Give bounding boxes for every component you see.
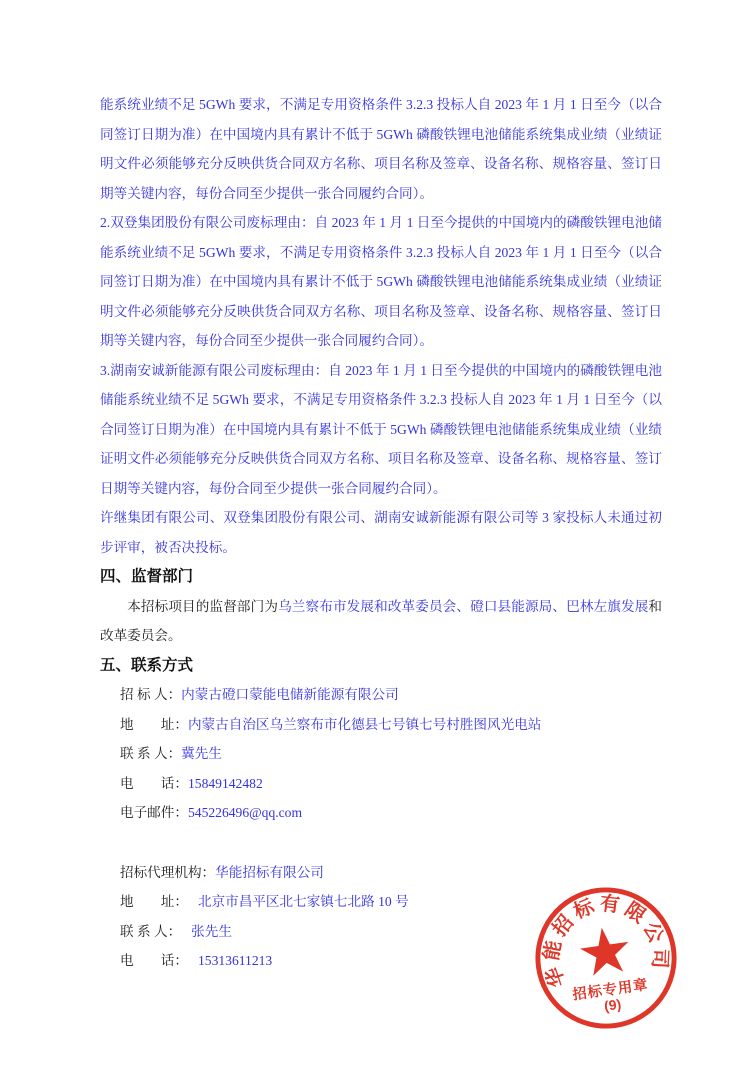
- tenderee-person-value: 冀先生: [181, 746, 222, 761]
- tenderee-email-label: 电子邮件：: [120, 805, 188, 820]
- rejection-reason-continuation: 能系统业绩不足 5GWh 要求，不满足专用资格条件 3.2.3 投标人自 202…: [100, 90, 662, 208]
- rejection-reason-3: 3.湖南安诚新能源有限公司废标理由：自 2023 年 1 月 1 日至今提供的中…: [100, 356, 662, 504]
- agency-person-label: 联 系 人：: [120, 924, 181, 939]
- rejection-reason-2: 2.双登集团股份有限公司废标理由：自 2023 年 1 月 1 日至今提供的中国…: [100, 208, 662, 356]
- tenderee-phone-row: 电 话：15849142482: [120, 769, 662, 799]
- rejection-summary: 许继集团有限公司、双登集团股份有限公司、湖南安诚新能源有限公司等 3 家投标人未…: [100, 503, 662, 562]
- agency-name-value: 华能招标有限公司: [215, 865, 324, 880]
- section-heading-contact: 五、联系方式: [100, 651, 662, 681]
- tenderee-name-value: 内蒙古磴口蒙能电储新能源有限公司: [181, 687, 399, 702]
- agency-person-value: 张先生: [181, 924, 232, 939]
- tenderee-person-label: 联 系 人：: [120, 746, 181, 761]
- tenderee-phone-value: 15849142482: [188, 776, 263, 791]
- seal-star-icon: [578, 924, 633, 977]
- tenderee-address-row: 地 址：内蒙古自治区乌兰察布市化德县七号镇七号村胜图风光电站: [120, 710, 662, 740]
- seal-number: (9): [603, 996, 622, 1014]
- agency-phone-label: 电 话：: [120, 953, 188, 968]
- tenderee-contact-block: 招 标 人：内蒙古磴口蒙能电储新能源有限公司 地 址：内蒙古自治区乌兰察布市化德…: [100, 680, 662, 828]
- document-body: 能系统业绩不足 5GWh 要求，不满足专用资格条件 3.2.3 投标人自 202…: [100, 90, 662, 976]
- section-heading-supervision: 四、监督部门: [100, 562, 662, 592]
- agency-phone-value: 15313611213: [188, 953, 272, 968]
- tenderee-address-label: 地 址：: [120, 717, 188, 732]
- tenderee-email-row: 电子邮件：545226496@qq.com: [120, 798, 662, 828]
- agency-name-row: 招标代理机构：华能招标有限公司: [120, 858, 662, 888]
- tenderee-name-row: 招 标 人：内蒙古磴口蒙能电储新能源有限公司: [120, 680, 662, 710]
- supervision-departments: 乌兰察布市发展和改革委员会、磴口县能源局、巴林左旗发展: [278, 599, 648, 614]
- supervision-text-prefix: 本招标项目的监督部门为: [127, 599, 278, 614]
- tenderee-email-value: 545226496@qq.com: [188, 805, 302, 820]
- tenderee-person-row: 联 系 人：冀先生: [120, 739, 662, 769]
- company-seal-stamp: 华能招标有限公司 招标专用章 (9): [532, 884, 680, 1032]
- agency-address-label: 地 址：: [120, 894, 188, 909]
- tenderee-name-label: 招 标 人：: [120, 687, 181, 702]
- agency-name-label: 招标代理机构：: [120, 865, 215, 880]
- tenderee-phone-label: 电 话：: [120, 776, 188, 791]
- tenderee-address-value: 内蒙古自治区乌兰察布市化德县七号镇七号村胜图风光电站: [188, 717, 541, 732]
- supervision-paragraph: 本招标项目的监督部门为乌兰察布市发展和改革委员会、磴口县能源局、巴林左旗发展和改…: [100, 592, 662, 651]
- agency-address-value: 北京市昌平区北七家镇七北路 10 号: [188, 894, 409, 909]
